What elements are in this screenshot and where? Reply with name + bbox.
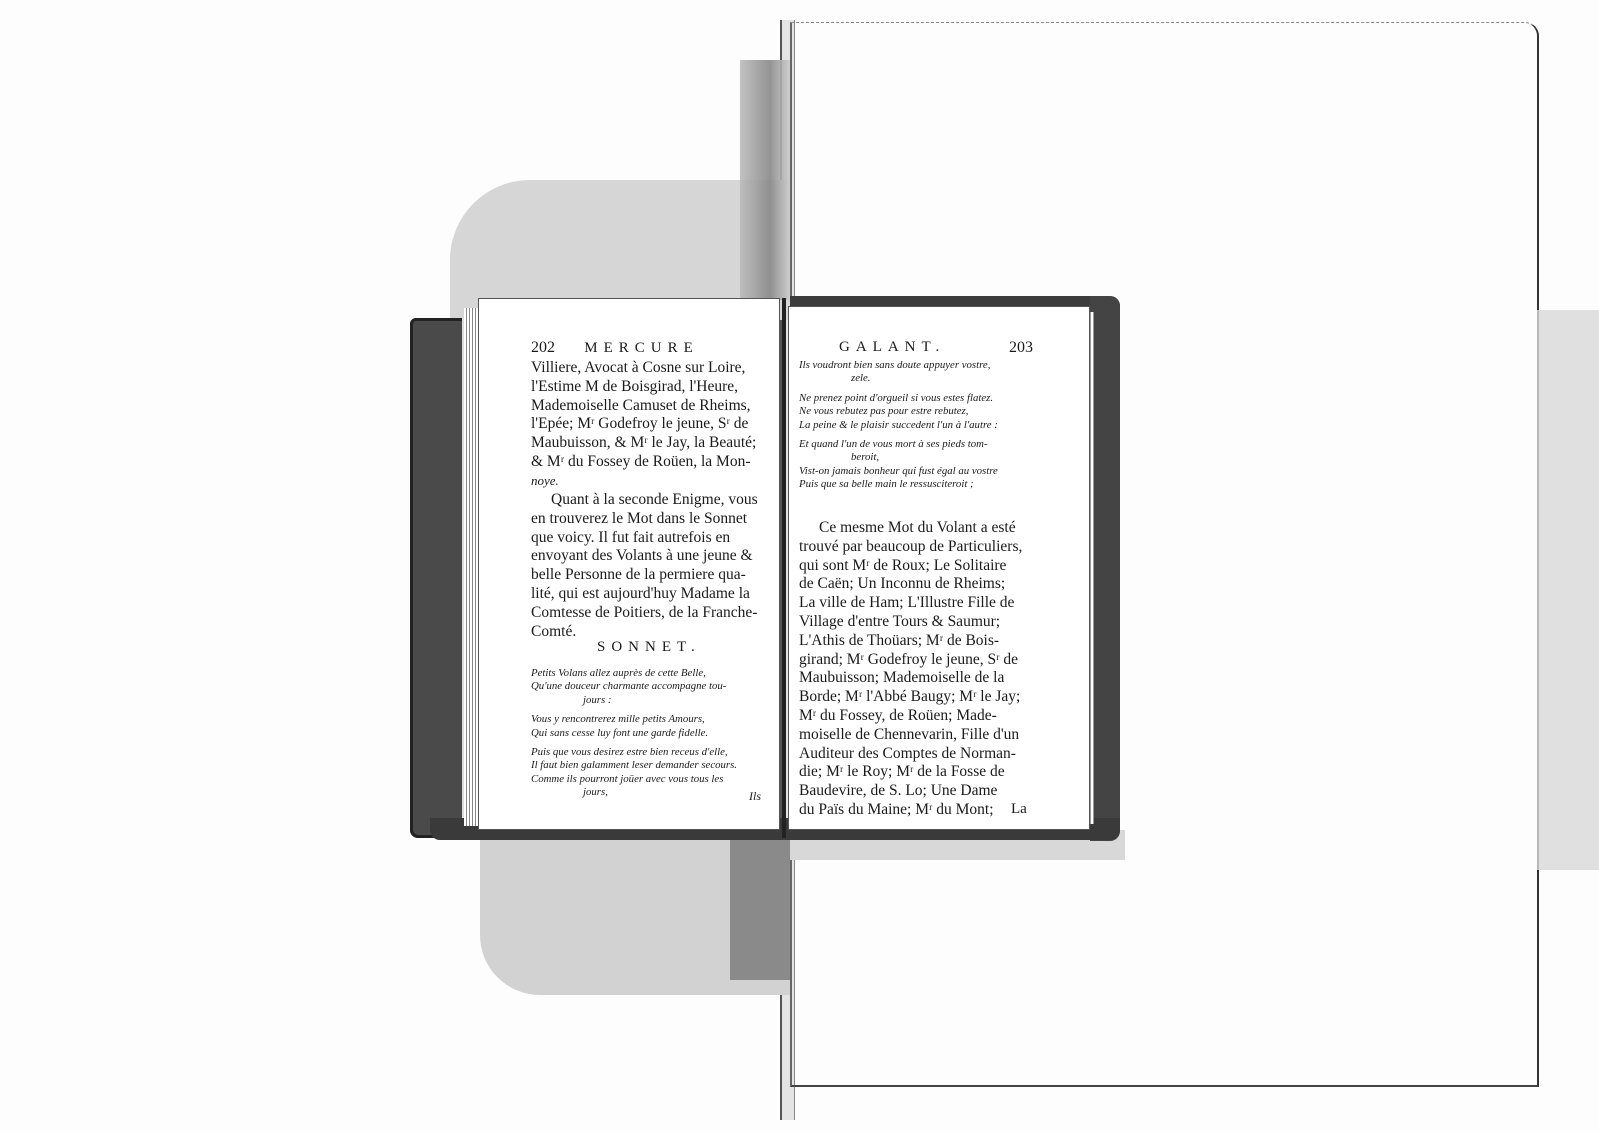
text-line: Auditeur des Comptes de Norman- (799, 745, 1039, 764)
text-line: Maubuisson; Mademoiselle de la (799, 669, 1039, 688)
verse-line: Ne prenez point d'orgueil si vous estes … (799, 392, 1039, 405)
text-line: Mademoiselle Camuset de Rheims, (531, 397, 767, 416)
verse-line: Qui sans cesse luy font une garde fidell… (531, 727, 767, 740)
text-line: en trouverez le Mot dans le Sonnet (531, 510, 767, 529)
text-line: Quant à la seconde Enigme, vous (531, 491, 767, 510)
verse-line: Ils voudront bien sans doute appuyer vos… (799, 359, 1039, 372)
text-line: Villiere, Avocat à Cosne sur Loire, (531, 359, 767, 378)
catchword-right: La (1011, 801, 1027, 818)
verse-line: zele. (799, 372, 1039, 385)
right-paragraph: Ce mesme Mot du Volant a esté trouvé par… (799, 519, 1039, 820)
running-head-mercure: MERCURE (584, 340, 699, 356)
book-cover-left (410, 318, 470, 838)
verse-line: jours : (531, 694, 767, 707)
text-line: qui sont Mʳ de Roux; Le Solitaire (799, 557, 1039, 576)
text-line: trouvé par beaucoup de Particuliers, (799, 538, 1039, 557)
text-line: Mʳ du Fossey, de Roüen; Made- (799, 707, 1039, 726)
text-line: envoyant des Volants à une jeune & (531, 547, 767, 566)
verse-line: Comme ils pourront joüer avec vous tous … (531, 773, 767, 786)
text-line: noye. (531, 472, 767, 491)
text-line: lité, qui est aujourd'huy Madame la (531, 585, 767, 604)
verse-line: Il faut bien galamment leser demander se… (531, 759, 767, 772)
book-shadow-top (740, 60, 790, 300)
text-line: Maubuisson, & Mʳ le Jay, la Beauté; (531, 434, 767, 453)
text-line: La ville de Ham; L'Illustre Fille de (799, 594, 1039, 613)
left-page: 202 MERCURE Villiere, Avocat à Cosne sur… (478, 298, 780, 830)
left-paragraph-1: Villiere, Avocat à Cosne sur Loire, l'Es… (531, 359, 767, 491)
text-line: l'Epée; Mʳ Godefroy le jeune, Sʳ de (531, 415, 767, 434)
verse-line: Ne vous rebutez pas pour estre rebutez, (799, 405, 1039, 418)
verse-continued: Ils voudront bien sans doute appuyer vos… (799, 359, 1039, 492)
text-line: & Mʳ du Fossey de Roüen, la Mon- (531, 453, 767, 472)
page-number-right: 203 (1009, 339, 1033, 357)
text-line: Borde; Mʳ l'Abbé Baugy; Mʳ le Jay; (799, 688, 1039, 707)
text-line: Comtesse de Poitiers, de la Franche- (531, 604, 767, 623)
text-line: Village d'entre Tours & Saumur; (799, 613, 1039, 632)
text-line: moiselle de Chennevarin, Fille d'un (799, 726, 1039, 745)
left-paragraph-2: Quant à la seconde Enigme, vous en trouv… (531, 491, 767, 641)
verse-line: jours, (531, 786, 767, 799)
book-gutter (782, 298, 786, 838)
text-line: de Caën; Un Inconnu de Rheims; (799, 575, 1039, 594)
text-line: du Païs du Maine; Mʳ du Mont; (799, 801, 1039, 820)
verse-line: Qu'une douceur charmante accompagne tou- (531, 680, 767, 693)
text-line: Baudevire, de S. Lo; Une Dame (799, 782, 1039, 801)
text-line: Ce mesme Mot du Volant a esté (799, 519, 1039, 538)
verse-line: Petits Volans allez auprès de cette Bell… (531, 667, 767, 680)
open-book: 202 MERCURE Villiere, Avocat à Cosne sur… (410, 288, 1120, 848)
text-line: l'Estime M de Boisgirad, l'Heure, (531, 378, 767, 397)
verse-line: beroit, (799, 451, 1039, 464)
text-line: belle Personne de la permiere qua- (531, 566, 767, 585)
verse-line: Et quand l'un de vous mort à ses pieds t… (799, 438, 1039, 451)
right-page: GALANT. 203 Ils voudront bien sans doute… (788, 306, 1090, 830)
sonnet-title: SONNET. (597, 639, 701, 656)
text-line: die; Mʳ le Roy; Mʳ de la Fosse de (799, 763, 1039, 782)
verse-line: Vist-on jamais bonheur qui fust égal au … (799, 465, 1039, 478)
verse-line: Puis que vous desirez estre bien receus … (531, 746, 767, 759)
text-line: que voicy. Il fut fait autrefois en (531, 529, 767, 548)
scan-shade-right (1537, 310, 1599, 870)
verse-line: Puis que sa belle main le ressusciteroit… (799, 478, 1039, 491)
sonnet-verse: Petits Volans allez auprès de cette Bell… (531, 667, 767, 800)
running-head-galant: GALANT. (839, 339, 945, 355)
right-running-head: GALANT. (839, 339, 945, 356)
text-line: L'Athis de Thoüars; Mʳ de Bois- (799, 632, 1039, 651)
book-shadow-bottom-dark (730, 840, 790, 980)
page-number-left: 202 (531, 339, 555, 356)
verse-line: La peine & le plaisir succedent l'un à l… (799, 419, 1039, 432)
left-running-head: 202 MERCURE (531, 339, 699, 357)
book-cover-right (1090, 296, 1120, 841)
text-line: girand; Mʳ Godefroy le jeune, Sʳ de (799, 651, 1039, 670)
verse-line: Vous y rencontrerez mille petits Amours, (531, 713, 767, 726)
catchword-left: Ils (749, 789, 761, 804)
